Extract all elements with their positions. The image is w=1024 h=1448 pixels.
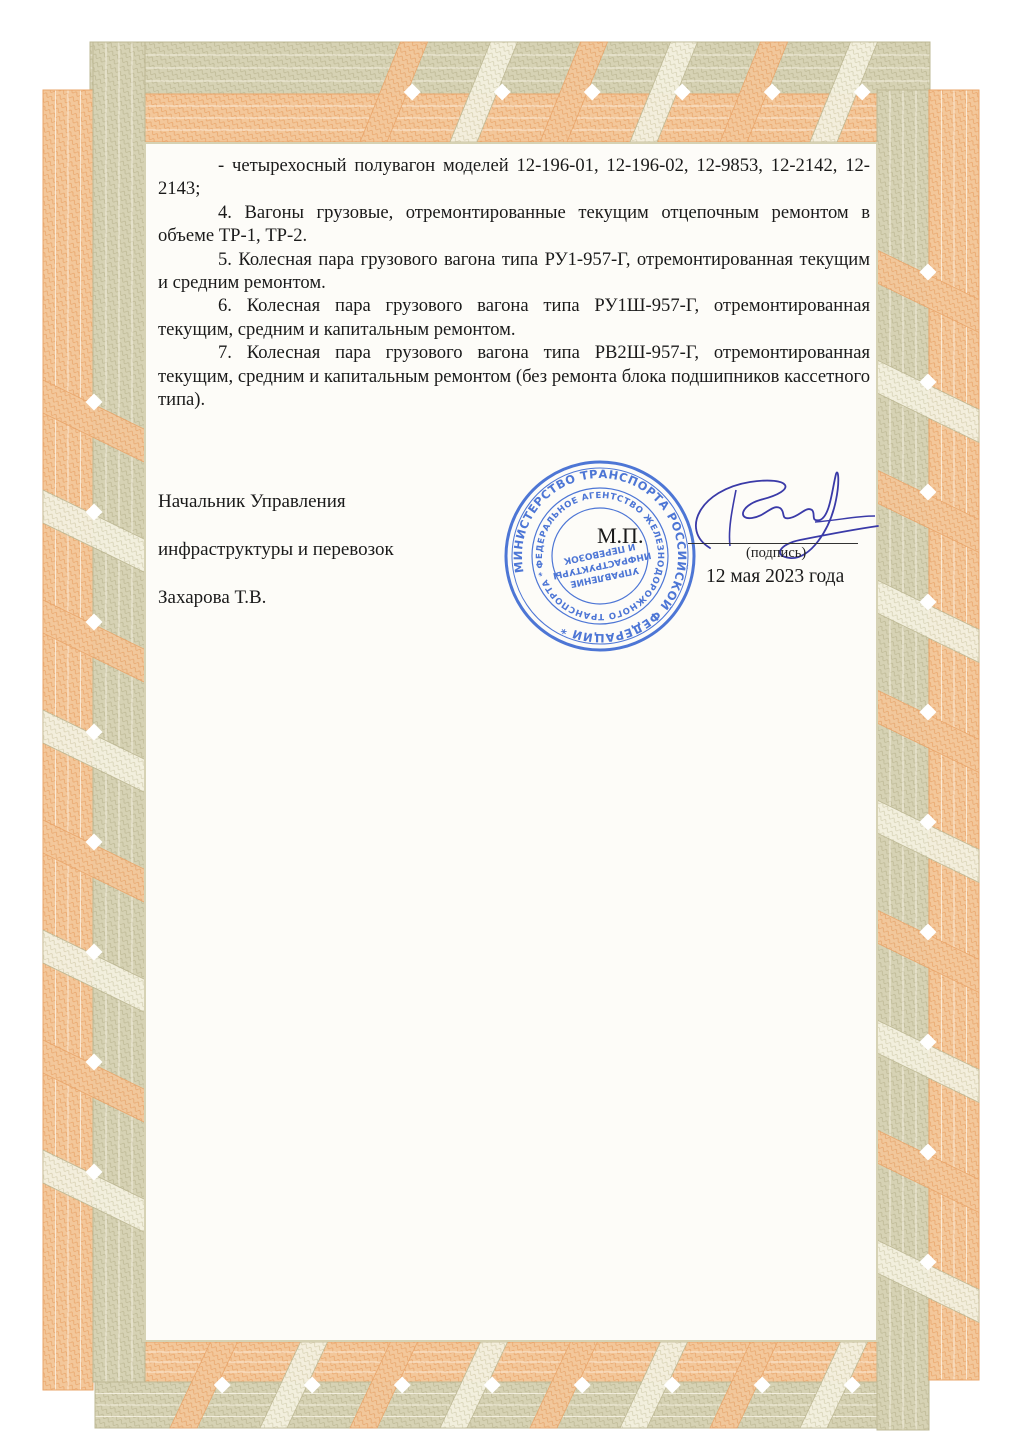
signature-line [688, 543, 858, 544]
document-body: - четырехосный полувагон моделей 12-196-… [158, 154, 870, 411]
paragraph-item-6: 6. Колесная пара грузового вагона типа Р… [158, 294, 870, 341]
paragraph-item-list: - четырехосный полувагон моделей 12-196-… [158, 154, 870, 201]
signer-name: Захарова Т.В. [158, 586, 394, 610]
seal-placeholder-label: М.П. [597, 523, 643, 549]
signer-block: Начальник Управления инфраструктуры и пе… [158, 466, 394, 634]
signature-caption: (подпись) [746, 545, 806, 562]
signer-position-line-2: инфраструктуры и перевозок [158, 538, 394, 562]
signature-date: 12 мая 2023 года [706, 566, 844, 588]
paragraph-item-5: 5. Колесная пара грузового вагона типа Р… [158, 248, 870, 295]
signer-position-line-1: Начальник Управления [158, 490, 394, 514]
paragraph-item-4: 4. Вагоны грузовые, отремонтированные те… [158, 201, 870, 248]
paragraph-item-7: 7. Колесная пара грузового вагона типа Р… [158, 341, 870, 411]
